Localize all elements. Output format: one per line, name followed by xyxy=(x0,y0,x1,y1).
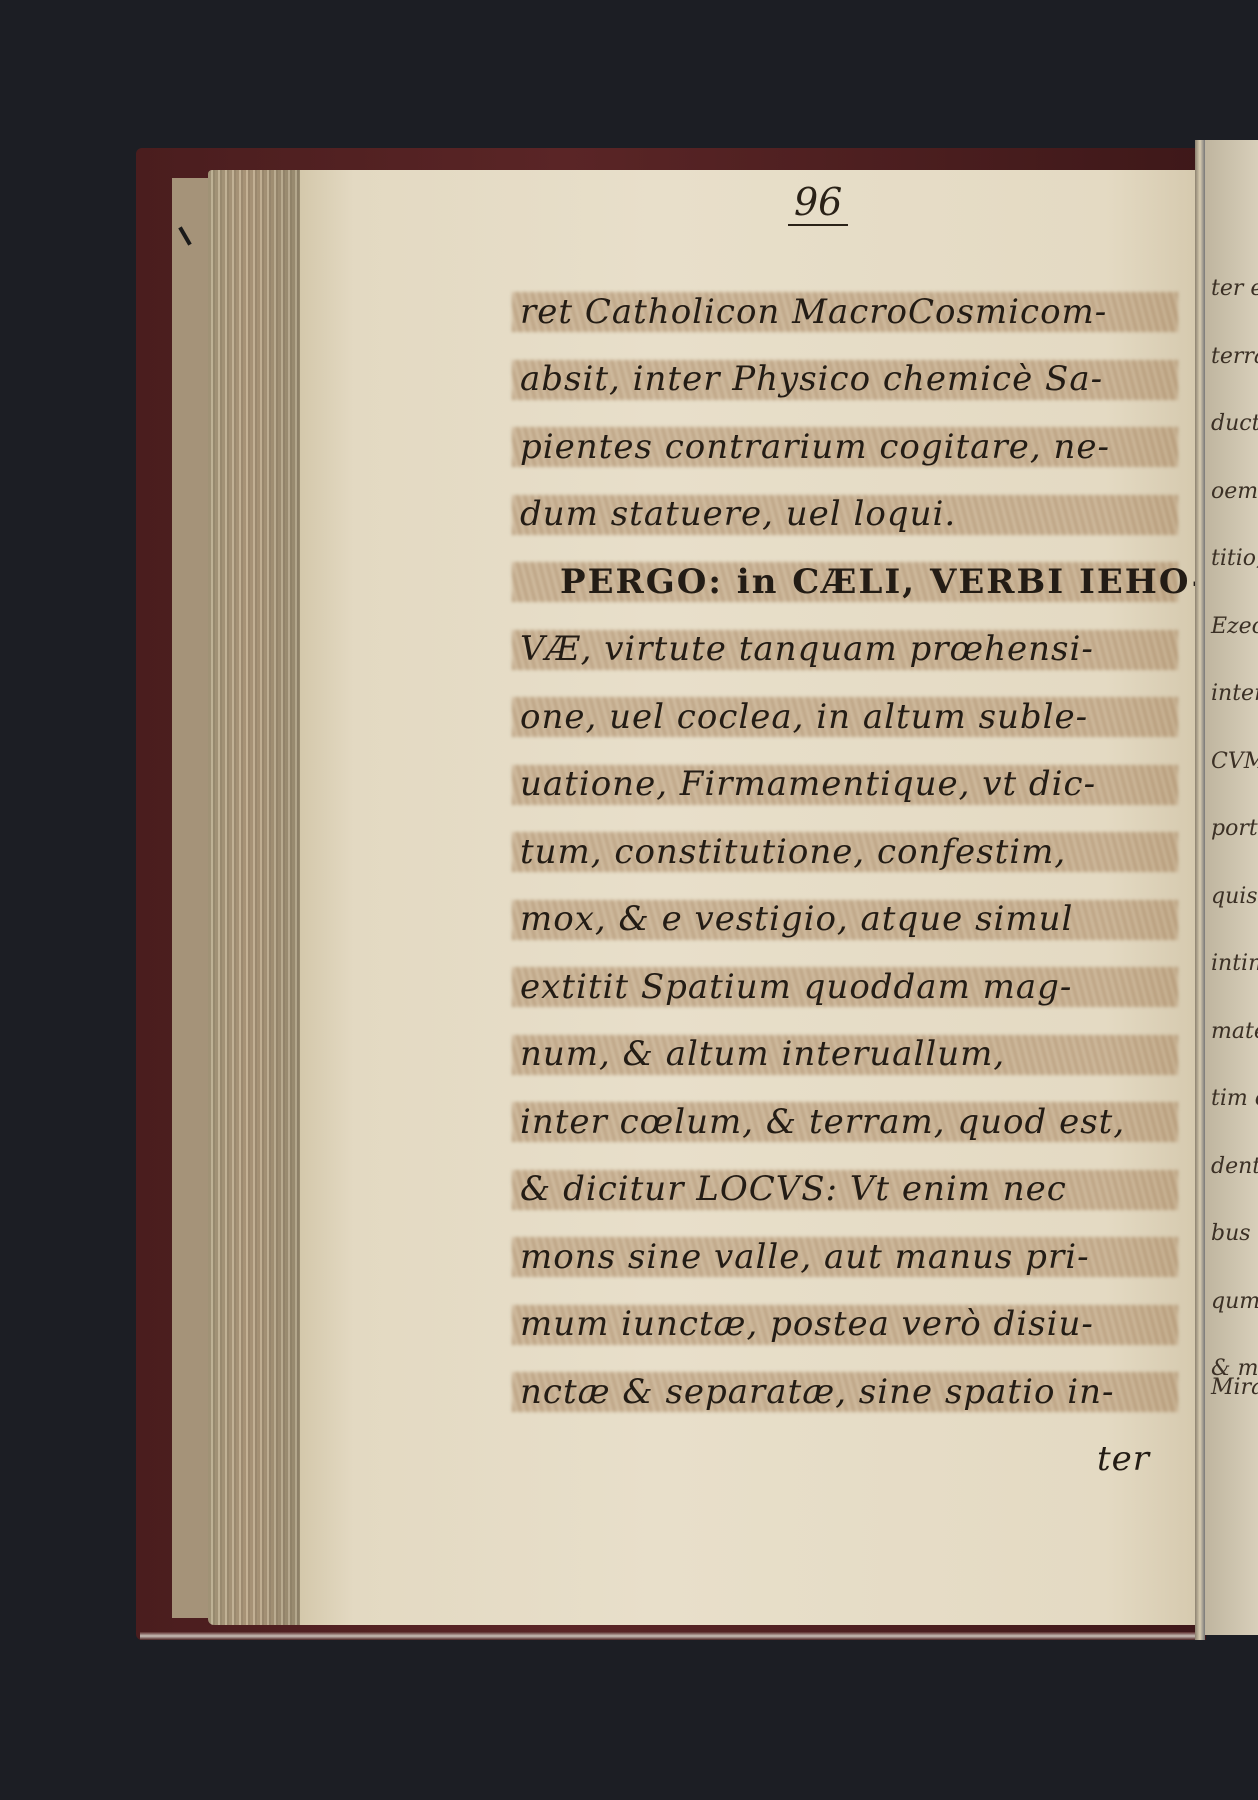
text-line: mons sine valle, aut manus pri- xyxy=(520,1223,1170,1291)
text-line: absit, inter Physico chemicè Sa- xyxy=(520,346,1170,414)
facing-line: qum xyxy=(1205,1268,1258,1336)
facing-line: portu xyxy=(1205,795,1258,863)
facing-line: tim e xyxy=(1205,1065,1258,1133)
text-line: VÆ, virtute tanquam prœhensi- xyxy=(520,616,1170,684)
text-line: nctæ & separatæ, sine spatio in- xyxy=(520,1358,1170,1426)
facing-line: intin xyxy=(1205,930,1258,998)
text-line: num, & altum interuallum, xyxy=(520,1021,1170,1089)
facing-page: ter e terra, ducti oem . titio, & Ezech … xyxy=(1205,140,1258,1635)
facing-line: CVM xyxy=(1205,728,1258,796)
facing-line: inter xyxy=(1205,660,1258,728)
text-line: tum, constitutione, confestim, xyxy=(520,818,1170,886)
facing-line: Mira xyxy=(1205,1373,1258,1403)
text-line: PERGO: in CÆLI, VERBI IEHO- xyxy=(520,548,1170,616)
facing-line: ter e xyxy=(1205,255,1258,323)
text-line: dum statuere, uel loqui. xyxy=(520,481,1170,549)
text-line: inter cœlum, & terram, quod est, xyxy=(520,1088,1170,1156)
facing-line: bus in xyxy=(1205,1200,1258,1268)
text-line: pientes contrarium cogitare, ne- xyxy=(520,413,1170,481)
text-line: mum iunctæ, postea verò disiu- xyxy=(520,1291,1170,1359)
facing-line: terra, xyxy=(1205,323,1258,391)
text-line: uatione, Firmamentique, vt dic- xyxy=(520,751,1170,819)
cover-edge xyxy=(140,1632,1200,1640)
text-line: mox, & e vestigio, atque simul xyxy=(520,886,1170,954)
text-line: extitit Spatium quoddam mag- xyxy=(520,953,1170,1021)
manuscript-text: ret Catholicon MacroCosmicom- absit, int… xyxy=(520,278,1170,1493)
text-line: ret Catholicon MacroCosmicom- xyxy=(520,278,1170,346)
facing-line: titio, & xyxy=(1205,525,1258,593)
facing-line: ducti xyxy=(1205,390,1258,458)
inner-board xyxy=(172,178,212,1618)
facing-line: Ezech xyxy=(1205,593,1258,661)
text-line: one, uel coclea, in altum suble- xyxy=(520,683,1170,751)
gutter xyxy=(1195,140,1205,1640)
facing-line: oem . xyxy=(1205,458,1258,526)
page-number: 96 xyxy=(788,182,848,226)
facing-line: dentil xyxy=(1205,1133,1258,1201)
facing-line: quis, xyxy=(1205,863,1258,931)
page-block-edge xyxy=(208,170,308,1625)
facing-line: mater xyxy=(1205,998,1258,1066)
catchword: ter xyxy=(520,1426,1170,1494)
text-line: & dicitur LOCVS: Vt enim nec xyxy=(520,1156,1170,1224)
